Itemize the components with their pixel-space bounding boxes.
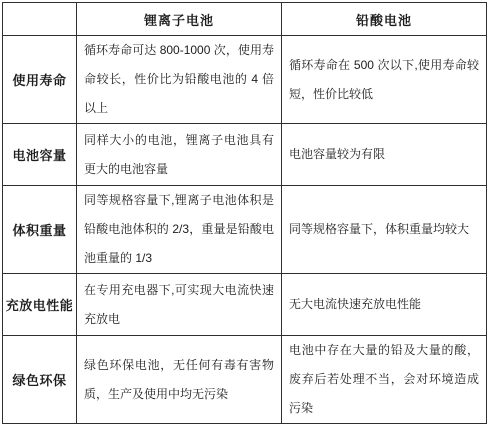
table-row-volume-weight: 体积重量 同等规格容量下,锂离子电池体积是铅酸电池体积的 2/3，重量是铅酸电池… bbox=[3, 186, 487, 274]
battery-comparison-table: 锂离子电池 铅酸电池 使用寿命 循环寿命可达 800-1000 次，使用寿命较长… bbox=[2, 2, 487, 424]
cell-charge-discharge-liion: 在专用充电器下,可实现大电流快速充放电 bbox=[77, 274, 282, 336]
header-row: 锂离子电池 铅酸电池 bbox=[3, 3, 487, 36]
table-row-capacity: 电池容量 同样大小的电池，锂离子电池具有更大的电池容量 电池容量较为有限 bbox=[3, 124, 487, 186]
header-corner-cell bbox=[3, 3, 77, 36]
header-liion-cell: 锂离子电池 bbox=[77, 3, 282, 36]
cell-lifespan-liion: 循环寿命可达 800-1000 次，使用寿命较长，性价比为铅酸电池的 4 倍以上 bbox=[77, 36, 282, 124]
table-row-eco-friendly: 绿色环保 绿色环保电池，无任何有毒有害物质，生产及使用中均无污染 电池中存在大量… bbox=[3, 336, 487, 424]
cell-charge-discharge-lead: 无大电流快速充放电性能 bbox=[282, 274, 487, 336]
row-label-charge-discharge: 充放电性能 bbox=[3, 274, 77, 336]
cell-eco-friendly-lead: 电池中存在大量的铅及大量的酸，废弃后若处理不当，会对环境造成污染 bbox=[282, 336, 487, 424]
cell-volume-weight-liion: 同等规格容量下,锂离子电池体积是铅酸电池体积的 2/3，重量是铅酸电池重量的 1… bbox=[77, 186, 282, 274]
battery-comparison-page: 锂离子电池 铅酸电池 使用寿命 循环寿命可达 800-1000 次，使用寿命较长… bbox=[0, 0, 488, 366]
table-row-charge-discharge: 充放电性能 在专用充电器下,可实现大电流快速充放电 无大电流快速充放电性能 bbox=[3, 274, 487, 336]
row-label-lifespan: 使用寿命 bbox=[3, 36, 77, 124]
cell-capacity-liion: 同样大小的电池，锂离子电池具有更大的电池容量 bbox=[77, 124, 282, 186]
row-label-eco-friendly: 绿色环保 bbox=[3, 336, 77, 424]
cell-capacity-lead: 电池容量较为有限 bbox=[282, 124, 487, 186]
row-label-capacity: 电池容量 bbox=[3, 124, 77, 186]
header-lead-cell: 铅酸电池 bbox=[282, 3, 487, 36]
row-label-volume-weight: 体积重量 bbox=[3, 186, 77, 274]
cell-lifespan-lead: 循环寿命在 500 次以下,使用寿命较短，性价比较低 bbox=[282, 36, 487, 124]
cell-eco-friendly-liion: 绿色环保电池，无任何有毒有害物质，生产及使用中均无污染 bbox=[77, 336, 282, 424]
cell-volume-weight-lead: 同等规格容量下，体积重量均较大 bbox=[282, 186, 487, 274]
table-row-lifespan: 使用寿命 循环寿命可达 800-1000 次，使用寿命较长，性价比为铅酸电池的 … bbox=[3, 36, 487, 124]
